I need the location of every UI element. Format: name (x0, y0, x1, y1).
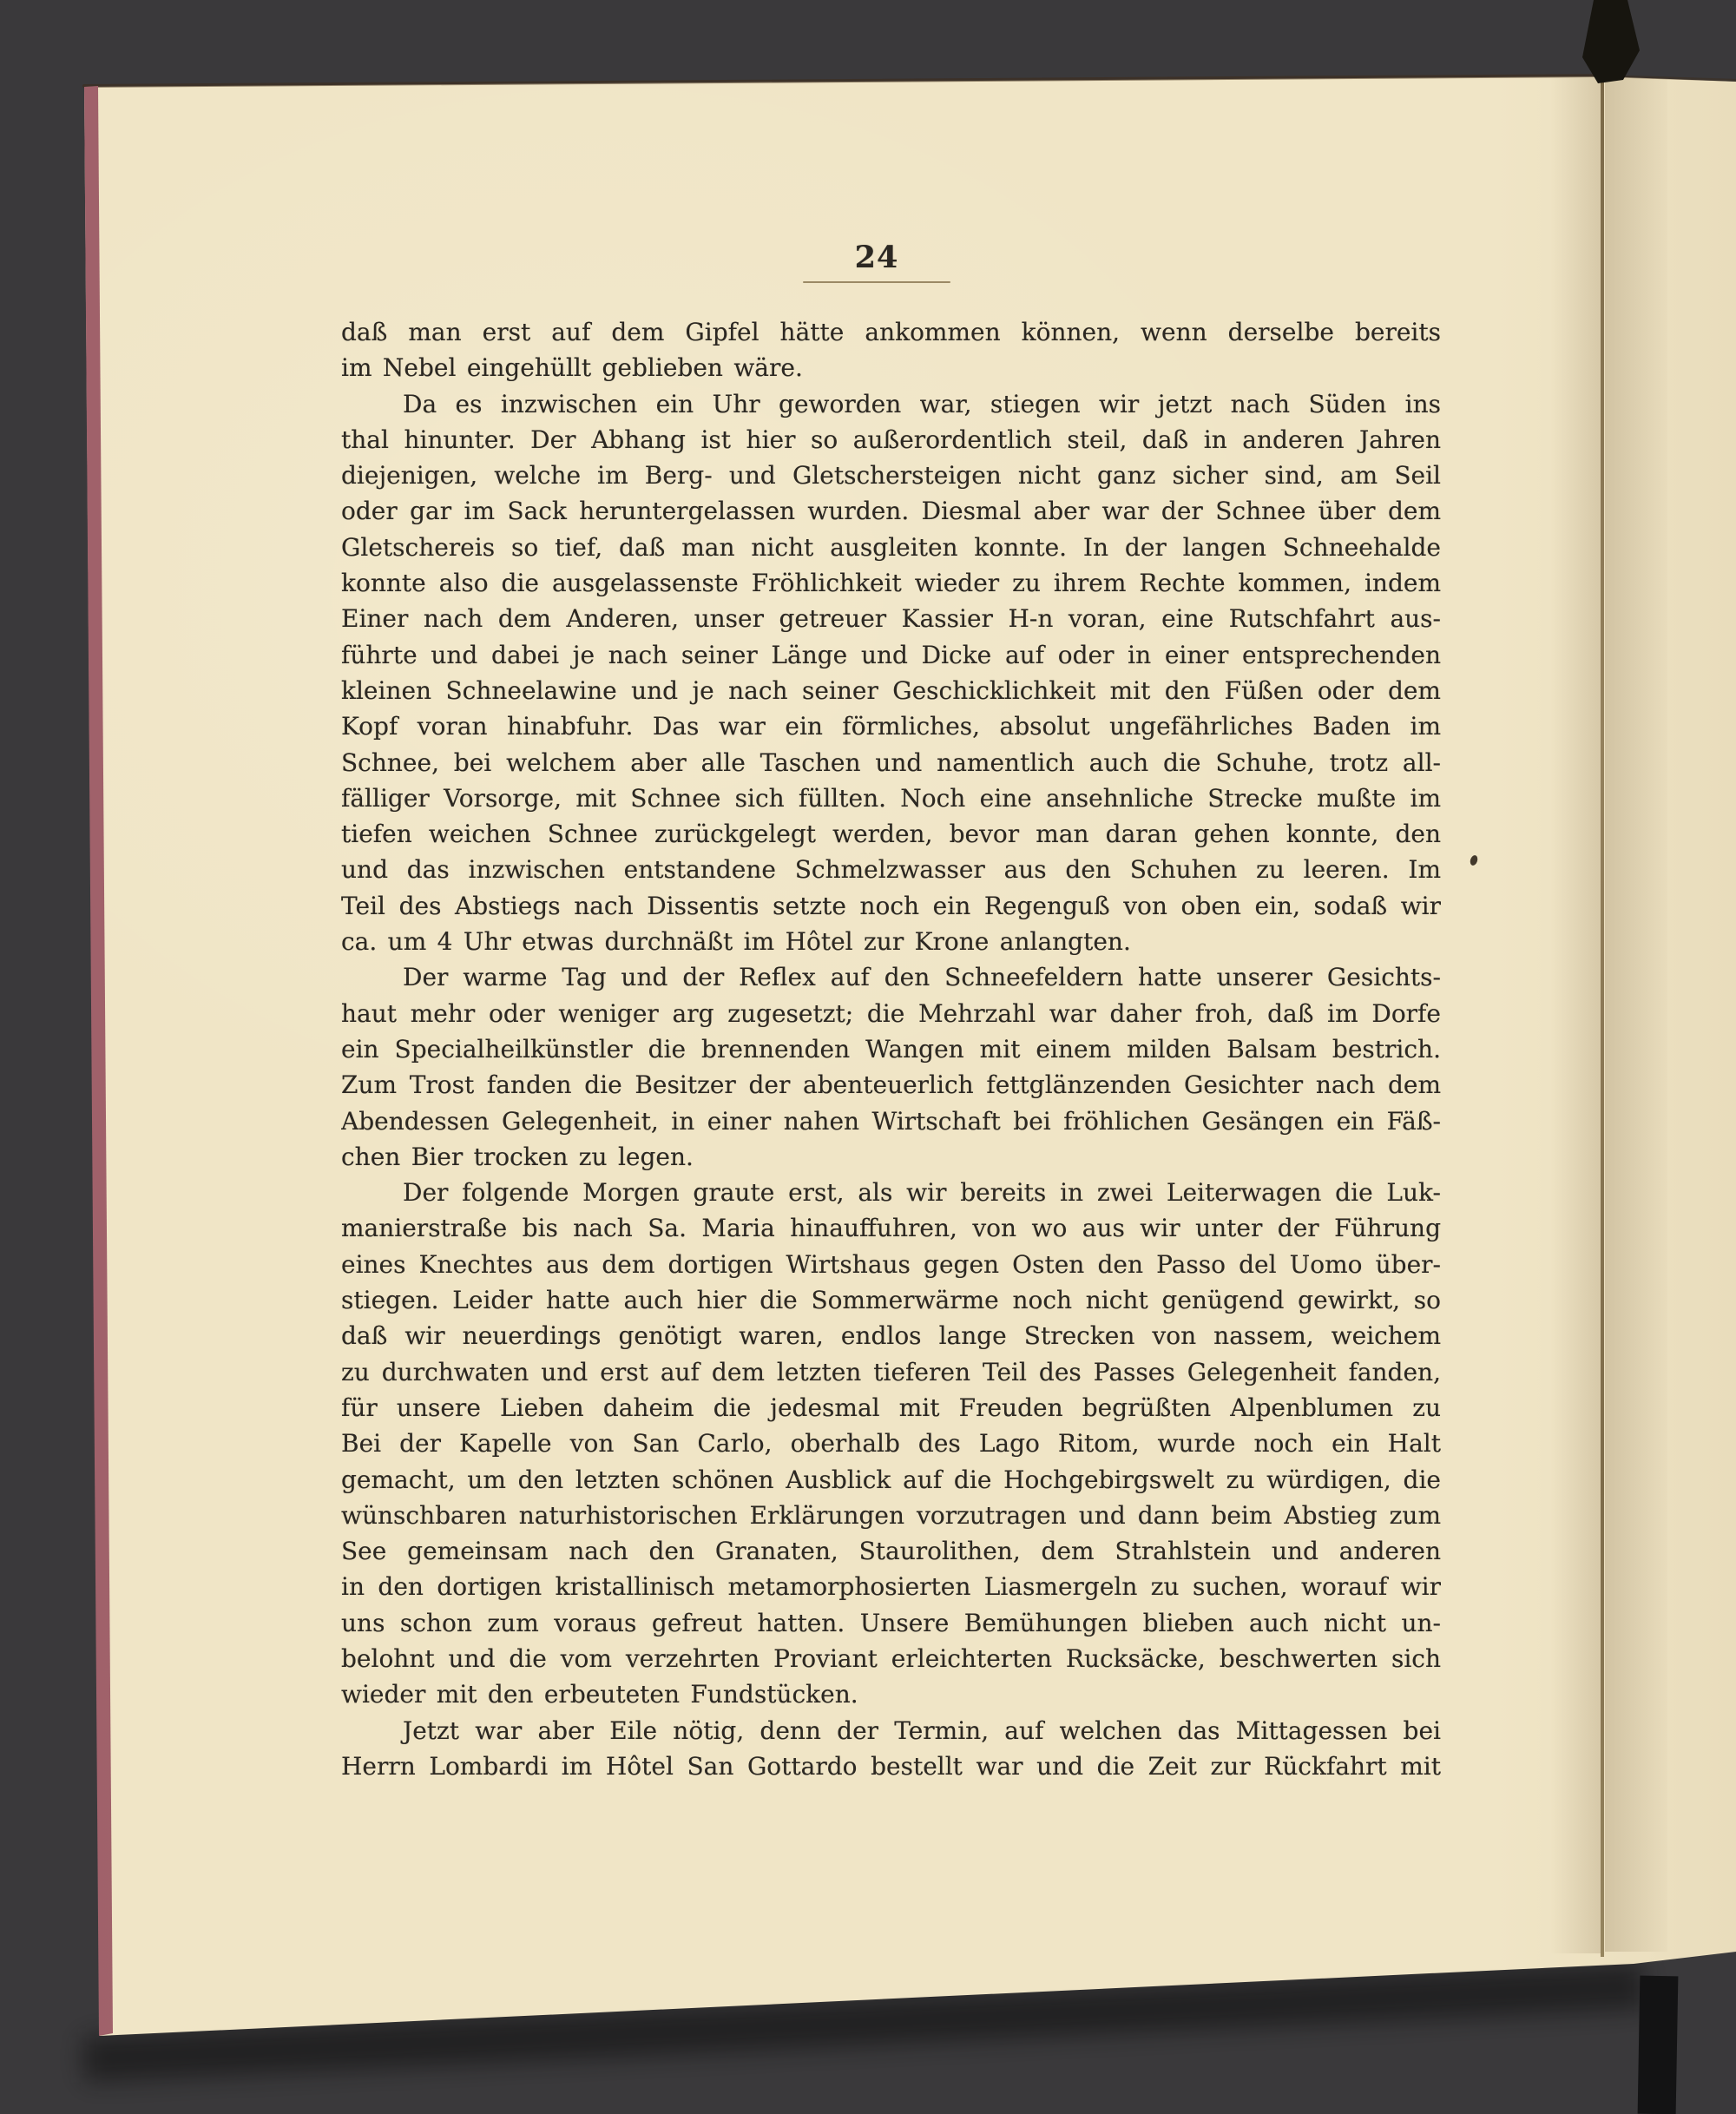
text-line: und das inzwischen entstandene Schmelzwa… (341, 852, 1441, 887)
text-line: daß wir neuerdings genötigt waren, endlo… (341, 1318, 1441, 1353)
text-line: gemacht, um den letzten schönen Ausblick… (341, 1462, 1441, 1498)
text-line: wünschbaren naturhistorischen Erklärunge… (341, 1498, 1441, 1533)
text-line: oder gar im Sack heruntergelassen wurden… (341, 493, 1441, 529)
text-line: Gletschereis so tief, daß man nicht ausg… (341, 530, 1441, 565)
text-line: Der warme Tag und der Reflex auf den Sch… (341, 959, 1441, 995)
text-line: Jetzt war aber Eile nötig, denn der Term… (341, 1713, 1441, 1748)
text-line: daß man erst auf dem Gipfel hätte ankomm… (341, 314, 1441, 350)
text-line: Kopf voran hinabfuhr. Das war ein förmli… (341, 708, 1441, 744)
text-line: für unsere Lieben daheim die jedesmal mi… (341, 1390, 1441, 1426)
text-line: führte und dabei je nach seiner Länge un… (341, 637, 1441, 673)
text-line: in den dortigen kristallinisch metamorph… (341, 1569, 1441, 1604)
text-line: eines Knechtes aus dem dortigen Wirtshau… (341, 1247, 1441, 1282)
text-line: fälliger Vorsorge, mit Schnee sich füllt… (341, 780, 1441, 816)
text-line: Schnee, bei welchem aber alle Taschen un… (341, 745, 1441, 780)
text-line: Der folgende Morgen graute erst, als wir… (341, 1175, 1441, 1210)
text-line: Einer nach dem Anderen, unser getreuer K… (341, 601, 1441, 636)
text-line: im Nebel eingehüllt geblieben wäre. (341, 350, 1441, 385)
book-scan: 24 daß man erst auf dem Gipfel hätte ank… (0, 0, 1736, 2114)
gutter-shadow-right (1605, 78, 1667, 1952)
text-line: Zum Trost fanden die Besitzer der abente… (341, 1067, 1441, 1103)
text-line: wieder mit den erbeuteten Fundstücken. (341, 1676, 1441, 1712)
text-line: Abendessen Gelegenheit, in einer nahen W… (341, 1103, 1441, 1139)
page-number-rule (803, 281, 950, 283)
text-line: belohnt und die vom verzehrten Proviant … (341, 1641, 1441, 1676)
page-number: 24 (803, 240, 950, 275)
text-line: Da es inzwischen ein Uhr geworden war, s… (341, 386, 1441, 422)
text-line: Teil des Abstiegs nach Dissentis setzte … (341, 888, 1441, 924)
text-line: chen Bier trocken zu legen. (341, 1139, 1441, 1175)
text-line: tiefen weichen Schnee zurückgelegt werde… (341, 816, 1441, 852)
text-line: ca. um 4 Uhr etwas durchnäßt im Hôtel zu… (341, 924, 1441, 959)
text-line: kleinen Schneelawine und je nach seiner … (341, 673, 1441, 708)
text-line: konnte also die ausgelassenste Fröhlichk… (341, 565, 1441, 601)
text-line: Herrn Lombardi im Hôtel San Gottardo bes… (341, 1748, 1441, 1784)
gutter-shadow-left (1550, 78, 1601, 1953)
text-line: manierstraße bis nach Sa. Maria hinauffu… (341, 1210, 1441, 1246)
text-line: haut mehr oder weniger arg zugesetzt; di… (341, 996, 1441, 1031)
text-line: See gemeinsam nach den Granaten, Staurol… (341, 1533, 1441, 1569)
text-line: uns schon zum voraus gefreut hatten. Uns… (341, 1605, 1441, 1641)
book-gutter-fold (1601, 76, 1604, 1957)
text-line: ein Specialheilkünstler die brennenden W… (341, 1031, 1441, 1067)
body-text: daß man erst auf dem Gipfel hätte ankomm… (341, 314, 1441, 1784)
page-number-block: 24 (803, 240, 950, 283)
bookmark-ribbon-bottom-icon (1638, 1976, 1679, 2114)
text-line: Bei der Kapelle von San Carlo, oberhalb … (341, 1426, 1441, 1461)
text-line: diejenigen, welche im Berg- und Gletsche… (341, 458, 1441, 493)
text-line: zu durchwaten und erst auf dem letzten t… (341, 1354, 1441, 1390)
text-line: stiegen. Leider hatte auch hier die Somm… (341, 1282, 1441, 1318)
text-line: thal hinunter. Der Abhang ist hier so au… (341, 422, 1441, 458)
